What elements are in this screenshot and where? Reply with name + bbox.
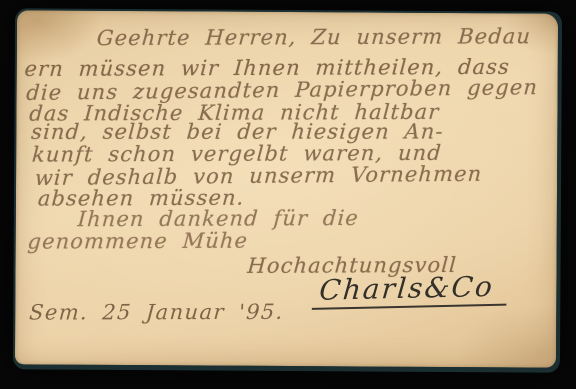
letter-line: genommene Mühe [27, 231, 249, 253]
letter-line: sind, selbst bei der hiesigen An- [31, 122, 445, 143]
letter-line: wir deshalb von unserm Vornehmen [34, 164, 483, 189]
postcard: Geehrte Herren, Zu unserm Bedau ern müss… [15, 10, 558, 367]
letter-line: Ihnen dankend für die [77, 208, 360, 230]
letter-line: Geehrte Herren, Zu unserm Bedau [96, 26, 532, 49]
dateline: Sem. 25 Januar '95. [28, 302, 284, 324]
photo-mount: Geehrte Herren, Zu unserm Bedau ern müss… [13, 8, 562, 372]
signature: Charls&Co [312, 273, 509, 310]
